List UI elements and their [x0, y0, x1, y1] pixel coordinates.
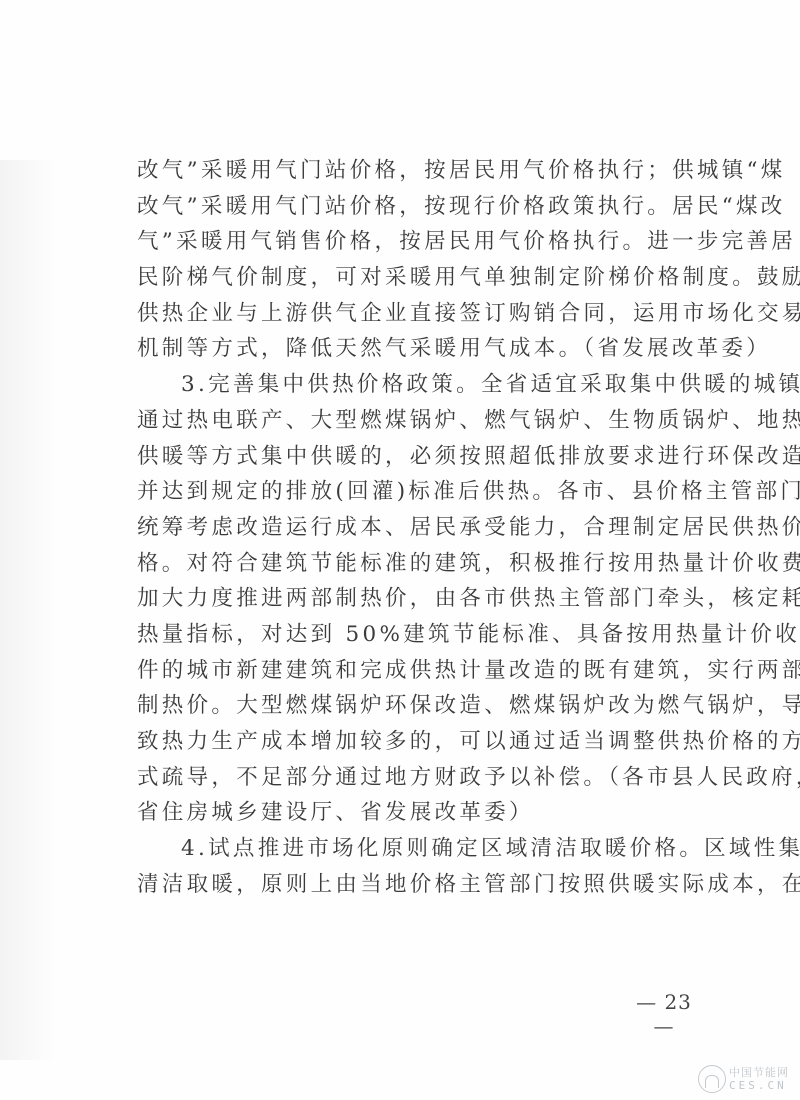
text-line: 民阶梯气价制度，可对采暖用气单独制定阶梯价格制度。鼓励: [137, 260, 697, 296]
text-line: 格。对符合建筑节能标准的建筑，积极推行按用热量计价收费。: [137, 546, 697, 582]
text-line: 制热价。大型燃煤锅炉环保改造、燃煤锅炉改为燃气锅炉，导: [137, 688, 697, 724]
text-line: 省住房城乡建设厅、省发展改革委）: [137, 795, 697, 831]
text-line: 改气”采暖用气门站价格，按居民用气价格执行；供城镇“煤: [137, 153, 697, 189]
text-line: 致热力生产成本增加较多的，可以通过适当调整供热价格的方: [137, 724, 697, 760]
text-line: 机制等方式，降低天然气采暖用气成本。（省发展改革委）: [137, 331, 697, 367]
document-page: 改气”采暖用气门站价格，按居民用气价格执行；供城镇“煤 改气”采暖用气门站价格，…: [0, 0, 800, 1100]
paragraph-item-3-central-heating-pricing: 3.完善集中供热价格政策。全省适宜采取集中供暖的城镇， 通过热电联产、大型燃煤锅…: [137, 367, 697, 831]
paragraph-item-4-regional-heating-pricing: 4.试点推进市场化原则确定区域清洁取暖价格。区域性集中 清洁取暖，原则上由当地价…: [137, 831, 697, 902]
text-line: 供暖等方式集中供暖的，必须按照超低排放要求进行环保改造: [137, 439, 697, 475]
text-line: 清洁取暖，原则上由当地价格主管部门按照供暖实际成本，在: [137, 867, 697, 903]
item-heading-line: 3.完善集中供热价格政策。全省适宜采取集中供暖的城镇，: [137, 367, 697, 403]
text-line: 统筹考虑改造运行成本、居民承受能力，合理制定居民供热价: [137, 510, 697, 546]
text-line: 并达到规定的排放(回灌)标准后供热。各市、县价格主管部门要: [137, 474, 697, 510]
ces-logo-icon: [698, 1065, 726, 1093]
document-body: 改气”采暖用气门站价格，按居民用气价格执行；供城镇“煤 改气”采暖用气门站价格，…: [137, 153, 697, 902]
item-heading-line: 4.试点推进市场化原则确定区域清洁取暖价格。区域性集中: [137, 831, 697, 867]
scan-page-edge-shadow: [0, 160, 58, 1060]
text-line: 加大力度推进两部制热价，由各市供热主管部门牵头，核定耗: [137, 581, 697, 617]
text-line: 热量指标，对达到 50%建筑节能标准、具备按用热量计价收费条: [137, 617, 697, 653]
text-line: 通过热电联产、大型燃煤锅炉、燃气锅炉、生物质锅炉、地热: [137, 403, 697, 439]
watermark-text: 中国节能网 CES.CN: [729, 1066, 789, 1092]
text-line: 供热企业与上游供气企业直接签订购销合同，运用市场化交易: [137, 296, 697, 332]
watermark-name-en: CES.CN: [729, 1079, 789, 1092]
text-line: 式疏导，不足部分通过地方财政予以补偿。（各市县人民政府，: [137, 760, 697, 796]
text-line: 气”采暖用气销售价格，按居民用气价格执行。进一步完善居: [137, 224, 697, 260]
site-watermark: 中国节能网 CES.CN: [698, 1062, 796, 1096]
text-line: 件的城市新建建筑和完成供热计量改造的既有建筑，实行两部: [137, 653, 697, 689]
paragraph-gas-pricing-continued: 改气”采暖用气门站价格，按居民用气价格执行；供城镇“煤 改气”采暖用气门站价格，…: [137, 153, 697, 367]
page-number: — 23 —: [624, 990, 704, 1038]
text-line: 改气”采暖用气门站价格，按现行价格政策执行。居民“煤改: [137, 189, 697, 225]
watermark-name-cn: 中国节能网: [729, 1066, 789, 1079]
